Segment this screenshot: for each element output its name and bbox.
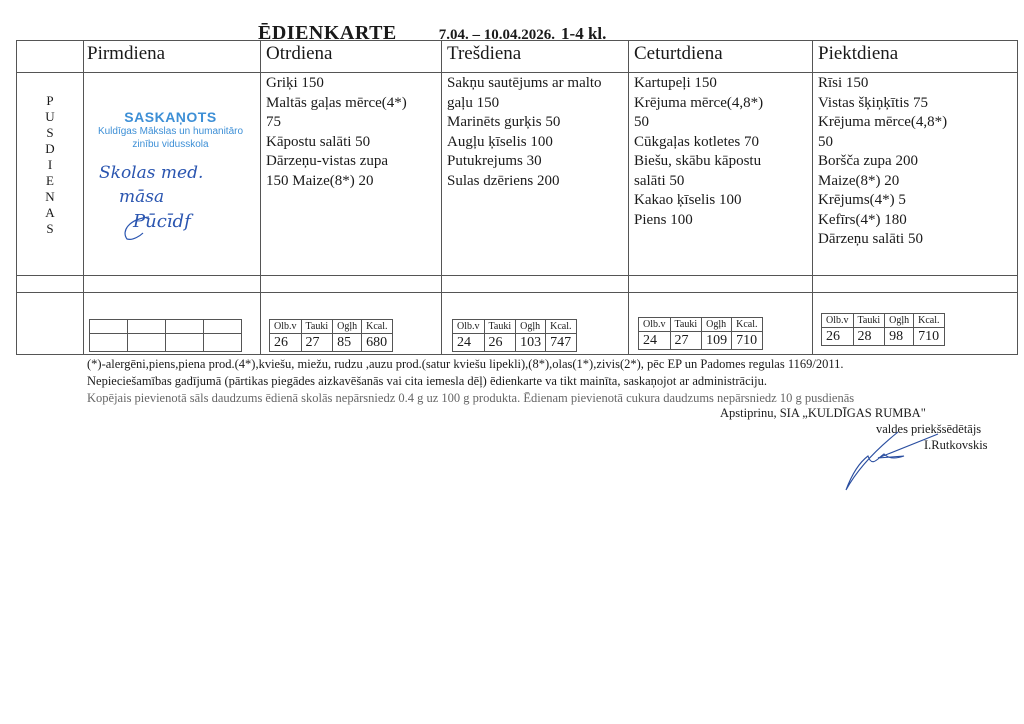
menu-item: Putukrejums 30 — [447, 152, 602, 172]
nutrition-header-tauki: Tauki — [301, 320, 333, 334]
allergen-note: (*)-alergēni,piens,piena prod.(4*),kvieš… — [87, 356, 854, 373]
nutrition-table-ceturtdiena: Olb.vTaukiOgļhKcal.2427109710 — [638, 317, 763, 350]
nutrition-header-oglh: Ogļh — [702, 318, 732, 332]
nutrition-value-kcal: 710 — [732, 332, 762, 350]
day-header-piektdiena: Piektdiena — [818, 43, 898, 65]
menu-item: Kartupeļi 150 — [634, 74, 763, 94]
divider — [17, 292, 1017, 293]
footnotes: (*)-alergēni,piens,piena prod.(4*),kvieš… — [87, 356, 854, 407]
nutrition-header-tauki: Tauki — [853, 314, 885, 328]
day-header-ceturtdiena: Ceturtdiena — [634, 43, 723, 65]
nutrition-value-kcal: 747 — [546, 334, 576, 352]
nutrition-header-tauki: Tauki — [484, 320, 516, 334]
menu-item: 150 Maize(8*) 20 — [266, 172, 407, 192]
nutrition-value-olbv: 24 — [453, 334, 485, 352]
menu-item: Boršča zupa 200 — [818, 152, 947, 172]
divider — [260, 41, 261, 354]
divider — [17, 275, 1017, 276]
menu-item: Kakao ķīselis 100 — [634, 191, 763, 211]
menu-item: Krējuma mērce(4,8*) — [634, 94, 763, 114]
menu-item: Krējums(4*) 5 — [818, 191, 947, 211]
nutrition-value-olbv: 24 — [639, 332, 671, 350]
nutrition-header-oglh: Ogļh — [885, 314, 914, 328]
nutrition-header-oglh: Ogļh — [333, 320, 362, 334]
day-header-tresdiena: Trešdiena — [447, 43, 521, 65]
nutrition-table-pirmdiena — [89, 319, 242, 352]
divider — [441, 41, 442, 354]
nutrition-value-oglh: 85 — [333, 334, 362, 352]
nutrition-value-olbv: 26 — [822, 328, 854, 346]
stamp-line2: zinību vidusskola — [83, 138, 258, 151]
menu-item: salāti 50 — [634, 172, 763, 192]
nutrition-value-tauki: 28 — [853, 328, 885, 346]
menu-item: Kefīrs(4*) 180 — [818, 211, 947, 231]
menu-item: gaļu 150 — [447, 94, 602, 114]
nutrition-value-kcal: 680 — [362, 334, 392, 352]
menu-item: 50 — [634, 113, 763, 133]
menu-item: Biešu, skābu kāpostu — [634, 152, 763, 172]
approval-line: Apstiprinu, SIA „KULDĪGAS RUMBA" — [720, 406, 926, 421]
menu-item: Rīsi 150 — [818, 74, 947, 94]
nutrition-header-olbv: Olb.v — [639, 318, 671, 332]
approval-stamp: SASKAŅOTS Kuldīgas Mākslas un humanitāro… — [83, 109, 258, 151]
menu-item: Dārzeņu salāti 50 — [818, 230, 947, 250]
nutrition-value-olbv: 26 — [270, 334, 302, 352]
nutrition-header-kcal: Kcal. — [732, 318, 762, 332]
menu-item: Maize(8*) 20 — [818, 172, 947, 192]
divider — [628, 41, 629, 354]
nutrition-value-oglh: 98 — [885, 328, 914, 346]
nutrition-table-tresdiena: Olb.vTaukiOgļhKcal.2426103747 — [452, 319, 577, 352]
menu-item: Maltās gaļas mērce(4*) — [266, 94, 407, 114]
row-label-letter: N — [17, 189, 83, 205]
stamp-line1: Kuldīgas Mākslas un humanitāro — [83, 125, 258, 138]
menu-item: Kāpostu salāti 50 — [266, 133, 407, 153]
row-label-letter: U — [17, 109, 83, 125]
divider — [812, 41, 813, 354]
row-label-letter: P — [17, 93, 83, 109]
day-header-otrdiena: Otrdiena — [266, 43, 332, 65]
row-label-letter: S — [17, 221, 83, 237]
menu-item: 75 — [266, 113, 407, 133]
nutrition-table-otrdiena: Olb.vTaukiOgļhKcal.262785680 — [269, 319, 393, 352]
menu-item: Cūkgaļas kotletes 70 — [634, 133, 763, 153]
menu-item: Dārzeņu-vistas zupa — [266, 152, 407, 172]
menu-item: Sakņu sautējums ar malto — [447, 74, 602, 94]
menu-items-otrdiena: Griķi 150Maltās gaļas mērce(4*)75Kāpostu… — [266, 74, 407, 191]
nutrition-header-olbv: Olb.v — [270, 320, 302, 334]
menu-item: Krējuma mērce(4,8*) — [818, 113, 947, 133]
nutrition-value-kcal: 710 — [914, 328, 944, 346]
nutrition-table-piektdiena: Olb.vTaukiOgļhKcal.262898710 — [821, 313, 945, 346]
nutrition-header-kcal: Kcal. — [546, 320, 576, 334]
menu-item: Griķi 150 — [266, 74, 407, 94]
stamp-title: SASKAŅOTS — [83, 109, 258, 125]
day-header-pirmdiena: Pirmdiena — [87, 43, 165, 65]
salt-sugar-note: Kopējais pievienotā sāls daudzums ēdienā… — [87, 390, 854, 407]
divider — [83, 41, 84, 354]
handwritten-note-2: māsa — [119, 187, 164, 207]
menu-item: Piens 100 — [634, 211, 763, 231]
nutrition-header-tauki: Tauki — [670, 318, 702, 332]
nutrition-header-olbv: Olb.v — [453, 320, 485, 334]
row-label-letter: E — [17, 173, 83, 189]
row-label-letter: I — [17, 157, 83, 173]
nutrition-value-oglh: 103 — [516, 334, 546, 352]
menu-items-ceturtdiena: Kartupeļi 150Krējuma mērce(4,8*)50Cūkgaļ… — [634, 74, 763, 230]
menu-items-piektdiena: Rīsi 150Vistas šķiņķītis 75Krējuma mērce… — [818, 74, 947, 250]
menu-items-tresdiena: Sakņu sautējums ar maltogaļu 150Marinēts… — [447, 74, 602, 191]
nutrition-value-tauki: 27 — [301, 334, 333, 352]
row-label-pusdienas: PUSDIENAS — [17, 93, 83, 237]
nutrition-value-oglh: 109 — [702, 332, 732, 350]
nutrition-value-tauki: 26 — [484, 334, 516, 352]
row-label-letter: A — [17, 205, 83, 221]
nutrition-header-kcal: Kcal. — [362, 320, 392, 334]
menu-item: 50 — [818, 133, 947, 153]
handwritten-note-1: Skolas med. — [99, 163, 203, 183]
row-label-letter: S — [17, 125, 83, 141]
menu-item: Marinēts gurķis 50 — [447, 113, 602, 133]
menu-item: Vistas šķiņķītis 75 — [818, 94, 947, 114]
change-note: Nepieciešamības gadījumā (pārtikas piegā… — [87, 373, 854, 390]
row-label-letter: D — [17, 141, 83, 157]
nutrition-header-olbv: Olb.v — [822, 314, 854, 328]
nutrition-value-tauki: 27 — [670, 332, 702, 350]
menu-table: Pirmdiena Otrdiena Trešdiena Ceturtdiena… — [16, 40, 1018, 355]
menu-item: Augļu ķīselis 100 — [447, 133, 602, 153]
signature-stroke-icon — [119, 213, 159, 243]
nutrition-header-oglh: Ogļh — [516, 320, 546, 334]
nutrition-header-kcal: Kcal. — [914, 314, 944, 328]
divider — [17, 72, 1017, 73]
approver-signature-icon — [838, 428, 948, 498]
menu-item: Sulas dzēriens 200 — [447, 172, 602, 192]
